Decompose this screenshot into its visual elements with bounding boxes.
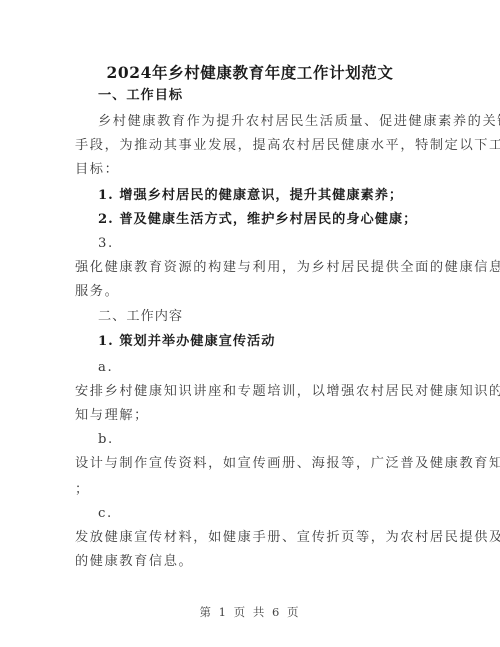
section-heading-goals: 一、工作目标 [98, 88, 446, 104]
goal-item-2: 2. 普及健康生活方式，维护乡村居民的身心健康； [98, 212, 446, 228]
sub-item-label: b. [98, 432, 446, 448]
paragraph-line: 目标： [75, 162, 423, 178]
paragraph-line: 设计与制作宣传资料，如宣传画册、海报等，广泛普及健康教育知识 [75, 456, 423, 472]
paragraph-line: 安排乡村健康知识讲座和专题培训，以增强农村居民对健康知识的认 [75, 384, 423, 400]
paragraph-line: 强化健康教育资源的构建与利用，为乡村居民提供全面的健康信息与 [75, 260, 423, 276]
paragraph-line: 发放健康宣传材料，如健康手册、宣传折页等，为农村居民提供及时 [75, 530, 423, 546]
document-title: 2024年乡村健康教育年度工作计划范文 [0, 61, 500, 83]
paragraph-line: 知与理解； [75, 408, 423, 424]
sub-item-label: a. [98, 360, 446, 376]
section-heading-content: 二、工作内容 [98, 309, 446, 325]
paragraph-line: 手段，为推动其事业发展，提高农村居民健康水平，特制定以下工作 [75, 138, 423, 154]
sub-item-label: c. [98, 506, 446, 522]
subsection-heading-1: 1. 策划并举办健康宣传活动 [98, 334, 446, 350]
document-page: 2024年乡村健康教育年度工作计划范文 一、工作目标 乡村健康教育作为提升农村居… [0, 0, 500, 647]
goal-item-3-number: 3. [98, 236, 446, 252]
paragraph-line: ； [75, 482, 423, 498]
paragraph-line: 乡村健康教育作为提升农村居民生活质量、促进健康素养的关键 [98, 114, 446, 130]
goal-item-1: 1. 增强乡村居民的健康意识，提升其健康素养； [98, 188, 446, 204]
page-footer: 第 1 页 共 6 页 [0, 604, 500, 620]
paragraph-line: 的健康教育信息。 [75, 554, 423, 570]
paragraph-line: 服务。 [75, 284, 423, 300]
